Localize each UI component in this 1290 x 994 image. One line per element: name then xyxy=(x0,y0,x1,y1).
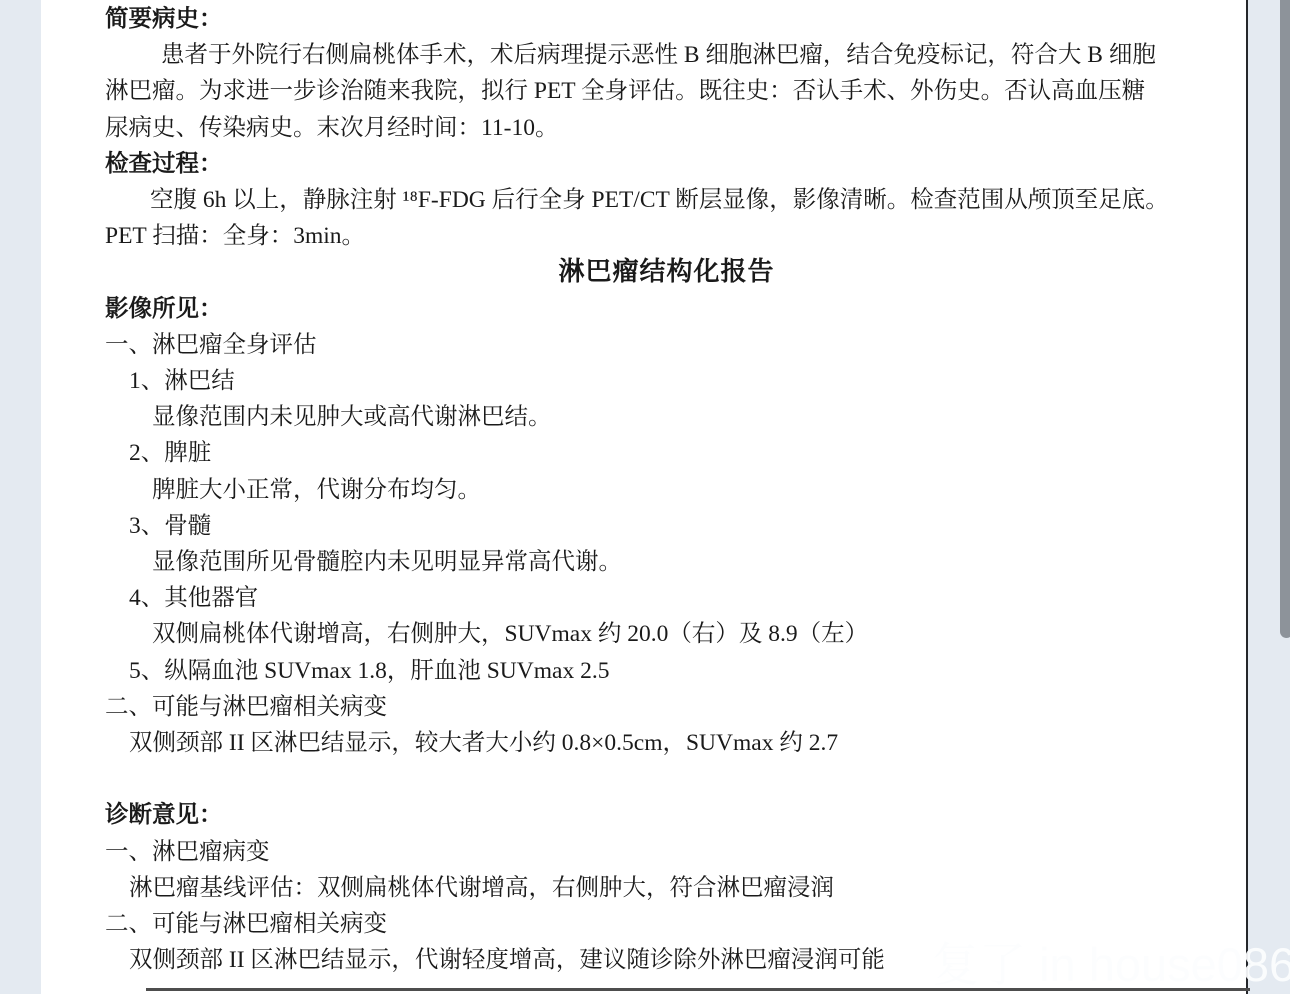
report-line: 显像范围内未见肿大或高代谢淋巴结。 xyxy=(105,399,1228,435)
report-line: 患者于外院行右侧扁桃体手术，术后病理提示恶性 B 细胞淋巴瘤，结合免疫标记，符合… xyxy=(105,37,1228,73)
report-line: 淋巴瘤基线评估：双侧扁桃体代谢增高，右侧肿大，符合淋巴瘤浸润 xyxy=(105,870,1228,906)
report-line: 3、骨髓 xyxy=(105,508,1228,544)
report-line: 影像所见： xyxy=(105,291,1228,327)
report-line: 显像范围所见骨髓腔内未见明显异常高代谢。 xyxy=(105,544,1228,580)
scrollbar-track[interactable] xyxy=(1250,0,1290,994)
report-line xyxy=(105,761,1228,797)
scrollbar-thumb[interactable] xyxy=(1280,0,1290,638)
report-line: 二、可能与淋巴瘤相关病变 xyxy=(105,689,1228,725)
report-line: 4、其他器官 xyxy=(105,580,1228,616)
report-line: 诊断意见： xyxy=(105,797,1228,833)
report-line: 空腹 6h 以上，静脉注射 ¹⁸F-FDG 后行全身 PET/CT 断层显像，影… xyxy=(105,182,1228,218)
report-line: 双侧颈部 II 区淋巴结显示，较大者大小约 0.8×0.5cm，SUVmax 约… xyxy=(105,725,1228,761)
report-line: 一、淋巴瘤全身评估 xyxy=(105,327,1228,363)
report-line: 脾脏大小正常，代谢分布均匀。 xyxy=(105,472,1228,508)
left-page-margin xyxy=(0,0,41,994)
report-line: 1、淋巴结 xyxy=(105,363,1228,399)
report-line: PET 扫描：全身：3min。 xyxy=(105,218,1228,254)
document-viewer: { "page": { "background": "#ffffff", "ma… xyxy=(0,0,1290,994)
watermark-text: 复了 in house086 xyxy=(932,928,1290,994)
report-line: 一、淋巴瘤病变 xyxy=(105,834,1228,870)
report-line: 淋巴瘤结构化报告 xyxy=(105,254,1228,290)
report-line: 检查过程： xyxy=(105,146,1228,182)
report-page: 简要病史：患者于外院行右侧扁桃体手术，术后病理提示恶性 B 细胞淋巴瘤，结合免疫… xyxy=(41,0,1248,994)
report-line: 2、脾脏 xyxy=(105,435,1228,471)
report-body: 简要病史：患者于外院行右侧扁桃体手术，术后病理提示恶性 B 细胞淋巴瘤，结合免疫… xyxy=(105,0,1228,978)
report-line: 淋巴瘤。为求进一步诊治随来我院，拟行 PET 全身评估。既往史：否认手术、外伤史… xyxy=(105,73,1228,109)
report-line: 双侧扁桃体代谢增高，右侧肿大，SUVmax 约 20.0（右）及 8.9（左） xyxy=(105,616,1228,652)
report-line: 尿病史、传染病史。末次月经时间：11-10。 xyxy=(105,110,1228,146)
report-line: 简要病史： xyxy=(105,1,1228,37)
report-line: 5、纵隔血池 SUVmax 1.8，肝血池 SUVmax 2.5 xyxy=(105,653,1228,689)
